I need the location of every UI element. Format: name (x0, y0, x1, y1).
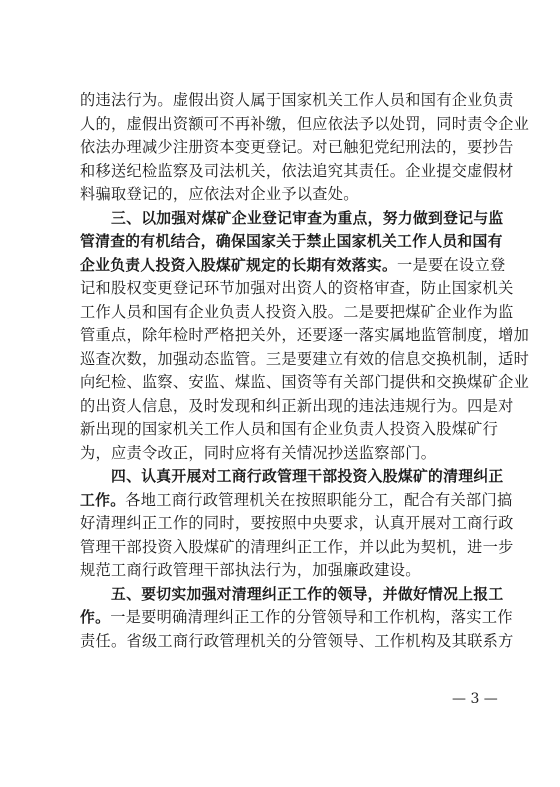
paragraph-line: 好清理纠正工作的同时，要按照中央要求，认真开展对工商行政 (80, 512, 492, 536)
line-text: 责任。省级工商行政管理机关的分管领导、工作机构及其联系方 (80, 632, 514, 650)
section-heading-3: 管清查的有机结合，确保国家关于禁止国家机关工作人员和国有 (80, 230, 492, 254)
paragraph-line: 管理干部投资入股煤矿的清理纠正工作，并以此为契机，进一步 (80, 536, 492, 560)
heading-text: 四、认真开展对工商行政管理干部投资入股煤矿的清理纠正 (111, 468, 504, 485)
line-text: 人的，虚假出资额可不再补缴，但应依法予以处罚，同时责令企业 (80, 115, 529, 133)
paragraph-line: 新出现的国家机关工作人员和国有企业负责人投资入股煤矿行 (80, 418, 492, 442)
paragraph-line: 责任。省级工商行政管理机关的分管领导、工作机构及其联系方 (80, 630, 492, 654)
paragraph-line: 管重点，除年检时严格把关外，还要逐一落实属地监管制度，增加 (80, 324, 492, 348)
paragraph-line: 规范工商行政管理干部执法行为，加强廉政建设。 (80, 559, 492, 583)
line-text: 巡查次数，加强动态监管。三是要建立有效的信息交换机制，适时 (80, 350, 529, 368)
line-text: 记和股权变更登记环节加强对出资人的资格审查，防止国家机关 (80, 279, 514, 297)
paragraph-line: 企业负责人投资入股煤矿规定的长期有效落实。一是要在设立登 (80, 254, 492, 278)
paragraph-line: 工作。各地工商行政管理机关在按照职能分工，配合有关部门搞 (80, 489, 492, 513)
document-page: 的违法行为。虚假出资人属于国家机关工作人员和国有企业负责 人的，虚假出资额可不再… (80, 89, 492, 653)
line-text: 依法办理减少注册资本变更登记。对已触犯党纪刑法的，要抄告 (80, 138, 514, 156)
paragraph-line: 的出资人信息，及时发现和纠正新出现的违法违规行为。四是对 (80, 395, 492, 419)
section-heading-4: 四、认真开展对工商行政管理干部投资入股煤矿的清理纠正 (80, 465, 492, 489)
heading-text: 企业负责人投资入股煤矿规定的长期有效落实。 (80, 257, 397, 274)
line-text: 一是要在设立登 (397, 256, 505, 274)
line-text: 管重点，除年检时严格把关外，还要逐一落实属地监管制度，增加 (80, 326, 529, 344)
line-text: 各地工商行政管理机关在按照职能分工，配合有关部门搞 (125, 491, 512, 509)
line-text: 管理干部投资入股煤矿的清理纠正工作，并以此为契机，进一步 (80, 538, 514, 556)
paragraph-line: 人的，虚假出资额可不再补缴，但应依法予以处罚，同时责令企业 (80, 113, 492, 137)
paragraph-line: 向纪检、监察、安监、煤监、国资等有关部门提供和交换煤矿企业 (80, 371, 492, 395)
paragraph-line: 依法办理减少注册资本变更登记。对已触犯党纪刑法的，要抄告 (80, 136, 492, 160)
line-text: 一是要明确清理纠正工作的分管领导和工作机构，落实工作 (110, 608, 513, 626)
line-text: 工作人员和国有企业负责人投资入股。二是要把煤矿企业作为监 (80, 303, 514, 321)
paragraph-line: 料骗取登记的，应依法对企业予以查处。 (80, 183, 492, 207)
paragraph-line: 巡查次数，加强动态监管。三是要建立有效的信息交换机制，适时 (80, 348, 492, 372)
heading-text: 作。 (80, 609, 110, 626)
heading-text: 管清查的有机结合，确保国家关于禁止国家机关工作人员和国有 (80, 233, 503, 250)
paragraph-line: 工作人员和国有企业负责人投资入股。二是要把煤矿企业作为监 (80, 301, 492, 325)
line-text: 为，应责令改正，同时应将有关情况抄送监察部门。 (80, 444, 436, 462)
line-text: 料骗取登记的，应依法对企业予以查处。 (80, 185, 359, 203)
line-text: 好清理纠正工作的同时，要按照中央要求，认真开展对工商行政 (80, 514, 514, 532)
paragraph-line: 的违法行为。虚假出资人属于国家机关工作人员和国有企业负责 (80, 89, 492, 113)
line-text: 规范工商行政管理干部执法行为，加强廉政建设。 (80, 561, 421, 579)
line-text: 向纪检、监察、安监、煤监、国资等有关部门提供和交换煤矿企业 (80, 373, 529, 391)
section-heading-3: 三、以加强对煤矿企业登记审查为重点，努力做到登记与监 (80, 207, 492, 231)
page-number: — 3 — (452, 691, 498, 707)
paragraph-line: 作。一是要明确清理纠正工作的分管领导和工作机构，落实工作 (80, 606, 492, 630)
section-heading-5: 五、要切实加强对清理纠正工作的领导，并做好情况上报工 (80, 583, 492, 607)
paragraph-line: 和移送纪检监察及司法机关，依法追究其责任。企业提交虚假材 (80, 160, 492, 184)
heading-text: 工作。 (80, 492, 125, 509)
line-text: 新出现的国家机关工作人员和国有企业负责人投资入股煤矿行 (80, 420, 498, 438)
paragraph-line: 为，应责令改正，同时应将有关情况抄送监察部门。 (80, 442, 492, 466)
line-text: 的出资人信息，及时发现和纠正新出现的违法违规行为。四是对 (80, 397, 514, 415)
paragraph-line: 记和股权变更登记环节加强对出资人的资格审查，防止国家机关 (80, 277, 492, 301)
line-text: 和移送纪检监察及司法机关，依法追究其责任。企业提交虚假材 (80, 162, 514, 180)
heading-text: 三、以加强对煤矿企业登记审查为重点，努力做到登记与监 (111, 210, 504, 227)
line-text: 的违法行为。虚假出资人属于国家机关工作人员和国有企业负责 (80, 91, 514, 109)
heading-text: 五、要切实加强对清理纠正工作的领导，并做好情况上报工 (111, 586, 504, 603)
